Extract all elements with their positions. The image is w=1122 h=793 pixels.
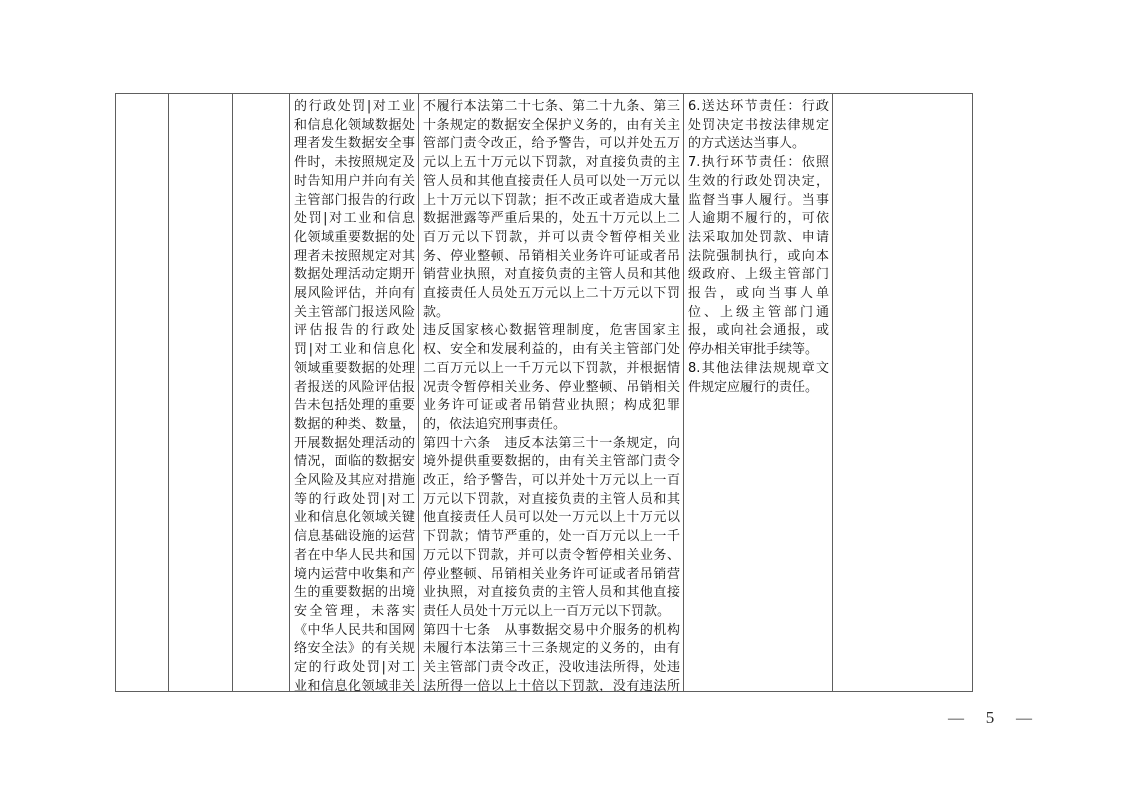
table-cell-empty-right (833, 94, 972, 691)
paragraph: 不履行本法第二十七条、第二十九条、第三十条规定的数据安全保护义务的，由有关主管部… (423, 98, 680, 322)
footer-dash-right: — (1016, 710, 1032, 728)
responsibility-items-text: 6.送达环节责任：行政处罚决定书按法律规定的方式送达当事人。7.执行环节责任：依… (684, 94, 832, 397)
paragraph: 6.送达环节责任：行政处罚决定书按法律规定的方式送达当事人。 (688, 98, 829, 154)
page-footer: — 5 — (948, 708, 1032, 728)
paragraph: 第四十六条 违反本法第三十一条规定，向境外提供重要数据的，由有关主管部门责令改正… (423, 435, 680, 622)
table-cell-penalty-matters: 的行政处罚|对工业和信息化领域数据处理者发生数据安全事件时，未按照规定及时告知用… (290, 94, 419, 691)
table-cell-responsibility-items: 6.送达环节责任：行政处罚决定书按法律规定的方式送达当事人。7.执行环节责任：依… (684, 94, 833, 691)
paragraph: 第四十七条 从事数据交易中介服务的机构未履行本法第三十三条规定的义务的，由有关主… (423, 622, 680, 691)
table-cell-empty-1 (116, 94, 169, 691)
table-cell-legal-basis: 不履行本法第二十七条、第二十九条、第三十条规定的数据安全保护义务的，由有关主管部… (419, 94, 684, 691)
legal-basis-text: 不履行本法第二十七条、第二十九条、第三十条规定的数据安全保护义务的，由有关主管部… (419, 94, 683, 691)
page-number: 5 (986, 708, 995, 728)
paragraph: 7.执行环节责任：依照生效的行政处罚决定，监督当事人履行。当事人逾期不履行的，可… (688, 154, 829, 360)
table-cell-empty-2 (169, 94, 233, 691)
document-page: 的行政处罚|对工业和信息化领域数据处理者发生数据安全事件时，未按照规定及时告知用… (0, 0, 1122, 793)
paragraph: 违反国家核心数据管理制度，危害国家主权、安全和发展利益的，由有关主管部门处二百万… (423, 322, 680, 434)
paragraph: 的行政处罚|对工业和信息化领域数据处理者发生数据安全事件时，未按照规定及时告知用… (294, 98, 415, 691)
paragraph: 8.其他法律法规规章文件规定应履行的责任。 (688, 360, 829, 397)
table-cell-empty-3 (233, 94, 290, 691)
footer-dash-left: — (948, 710, 964, 728)
document-table: 的行政处罚|对工业和信息化领域数据处理者发生数据安全事件时，未按照规定及时告知用… (115, 93, 973, 692)
penalty-matters-text: 的行政处罚|对工业和信息化领域数据处理者发生数据安全事件时，未按照规定及时告知用… (290, 94, 418, 691)
